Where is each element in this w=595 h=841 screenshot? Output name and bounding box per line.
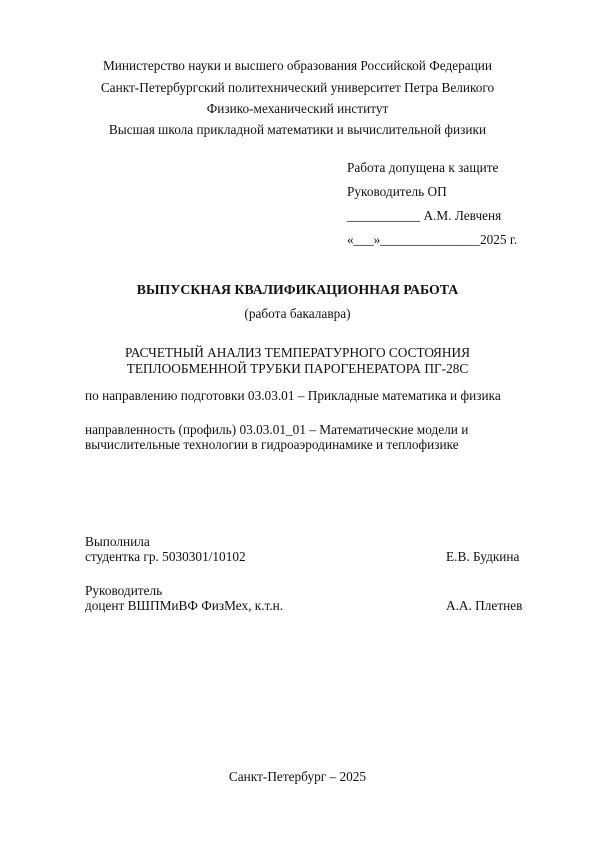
author-role: Выполнила: [85, 534, 150, 550]
approval-admitted: Работа допущена к защите: [347, 160, 498, 176]
supervisor-name: А.А. Плетнев: [446, 598, 522, 614]
approval-date: «___»_______________2025 г.: [347, 232, 517, 248]
topic-line-2: ТЕПЛООБМЕННОЙ ТРУБКИ ПАРОГЕНЕРАТОРА ПГ-2…: [0, 361, 595, 377]
city-year-footer: Санкт-Петербург – 2025: [0, 769, 595, 785]
direction-line: по направлению подготовки 03.03.01 – При…: [85, 388, 501, 404]
work-type-title: ВЫПУСКНАЯ КВАЛИФИКАЦИОННАЯ РАБОТА: [0, 282, 595, 298]
institute-line: Физико-механический институт: [0, 101, 595, 117]
supervisor-position: доцент ВШПМиВФ ФизМех, к.т.н.: [85, 598, 283, 614]
ministry-line: Министерство науки и высшего образования…: [0, 58, 595, 74]
supervisor-role: Руководитель: [85, 583, 162, 599]
author-group: студентка гр. 5030301/10102: [85, 549, 246, 565]
approval-head-role: Руководитель ОП: [347, 184, 447, 200]
profile-line-1: направленность (профиль) 03.03.01_01 – М…: [85, 422, 468, 438]
author-name: Е.В. Будкина: [446, 549, 519, 565]
university-line: Санкт-Петербургский политехнический унив…: [0, 80, 595, 96]
profile-line-2: вычислительные технологии в гидроаэродин…: [85, 437, 459, 453]
approval-head-signature: ___________ А.М. Левченя: [347, 208, 501, 224]
topic-line-1: РАСЧЕТНЫЙ АНАЛИЗ ТЕМПЕРАТУРНОГО СОСТОЯНИ…: [0, 345, 595, 361]
work-subtitle: (работа бакалавра): [0, 306, 595, 322]
school-line: Высшая школа прикладной математики и выч…: [0, 122, 595, 138]
